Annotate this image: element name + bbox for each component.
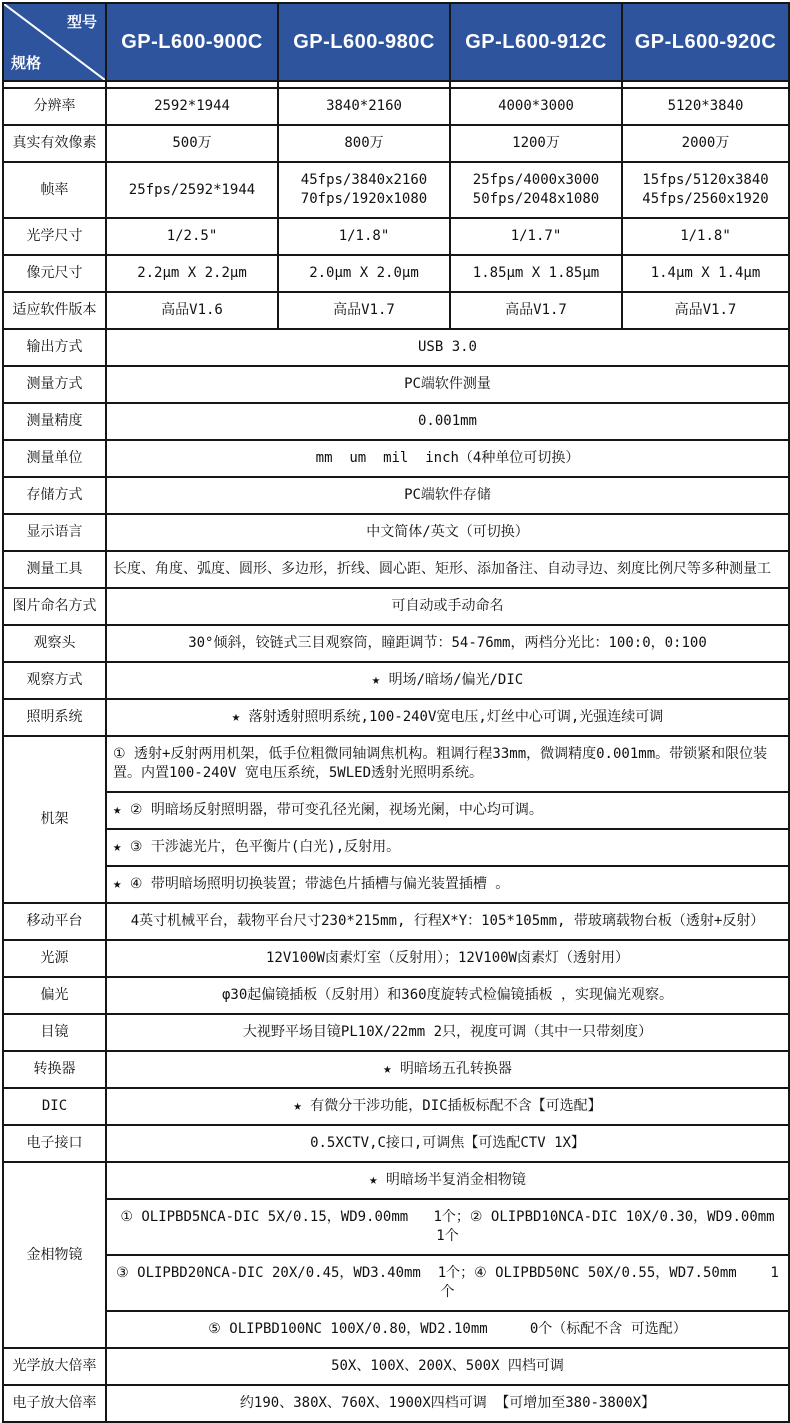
table-row: 分辨率2592*19443840*21604000*30005120*3840	[3, 88, 789, 125]
table-row: 移动平台4英寸机械平台，载物平台尺寸230*215mm, 行程X*Y：105*1…	[3, 903, 789, 940]
spec-value-line: 1/1.7"	[456, 227, 616, 246]
corner-label-model: 型号	[67, 11, 97, 32]
table-row: 适应软件版本高品V1.6高品V1.7高品V1.7高品V1.7	[3, 292, 789, 329]
spec-value: 1/1.8"	[622, 218, 789, 255]
spec-value: 可自动或手动命名	[106, 588, 789, 625]
spec-value: mm um mil inch（4种单位可切换）	[106, 440, 789, 477]
table-row: 测量精度0.001mm	[3, 403, 789, 440]
header-spacer-row	[3, 81, 789, 88]
spec-value: 1/1.8"	[278, 218, 450, 255]
spec-value: 50X、100X、200X、500X 四档可调	[106, 1348, 789, 1385]
spec-value-line: 1.4μm X 1.4μm	[628, 264, 783, 283]
spec-value: ★ 落射透射照明系统,100-240V宽电压,灯丝中心可调,光强连续可调	[106, 699, 789, 736]
spec-value-line: 1/2.5"	[112, 227, 272, 246]
table-row: 光学放大倍率50X、100X、200X、500X 四档可调	[3, 1348, 789, 1385]
spec-value: 4000*3000	[450, 88, 622, 125]
spec-rows: 分辨率2592*19443840*21604000*30005120*3840真…	[3, 88, 789, 1422]
spec-value-line: 2592*1944	[112, 97, 272, 116]
spec-value: φ30起偏镜插板（反射用）和360度旋转式检偏镜插板 ，实现偏光观察。	[106, 977, 789, 1014]
row-label: 电子接口	[3, 1125, 106, 1162]
spec-value: 0.5XCTV,C接口,可调焦【可选配CTV 1X】	[106, 1125, 789, 1162]
row-label: 图片命名方式	[3, 588, 106, 625]
table-row: 金相物镜★ 明暗场半复消金相物镜	[3, 1162, 789, 1199]
spec-value-line: 3840*2160	[284, 97, 444, 116]
row-label: 光学尺寸	[3, 218, 106, 255]
spec-value: 800万	[278, 125, 450, 162]
row-label: 偏光	[3, 977, 106, 1014]
spec-value: ① 透射+反射两用机架，低手位粗微同轴调焦机构。粗调行程33mm，微调精度0.0…	[106, 736, 789, 792]
spec-value-line: 1200万	[456, 134, 616, 153]
spec-value: 1/2.5"	[106, 218, 278, 255]
spec-value-line: 15fps/5120x3840	[628, 171, 783, 190]
spec-value-line: 高品V1.6	[112, 301, 272, 320]
spec-value-line: 70fps/1920x1080	[284, 190, 444, 209]
model-header: GP-L600-900C	[106, 3, 278, 81]
spec-value-line: 高品V1.7	[628, 301, 783, 320]
spec-value: 高品V1.6	[106, 292, 278, 329]
table-row: ★ ④ 带明暗场照明切换装置；带滤色片插槽与偏光装置插槽 。	[3, 866, 789, 903]
table-row: ① OLIPBD5NCA-DIC 5X/0.15，WD9.00mm 1个；② O…	[3, 1199, 789, 1255]
table-row: ⑤ OLIPBD100NC 100X/0.80，WD2.10mm 0个（标配不含…	[3, 1311, 789, 1348]
spec-value: PC端软件测量	[106, 366, 789, 403]
spec-value-line: 800万	[284, 134, 444, 153]
table-row: 真实有效像素500万800万1200万2000万	[3, 125, 789, 162]
table-row: 观察方式★ 明场/暗场/偏光/DIC	[3, 662, 789, 699]
row-label: 像元尺寸	[3, 255, 106, 292]
spec-value: 2.0μm X 2.0μm	[278, 255, 450, 292]
table-row: 图片命名方式可自动或手动命名	[3, 588, 789, 625]
spec-value-line: 1.85μm X 1.85μm	[456, 264, 616, 283]
spec-value: 12V100W卤素灯室（反射用）；12V100W卤素灯（透射用）	[106, 940, 789, 977]
spec-value: 高品V1.7	[622, 292, 789, 329]
table-row: 测量工具长度、角度、弧度、圆形、多边形，折线、圆心距、矩形、添加备注、自动寻边、…	[3, 551, 789, 588]
spec-value-line: 25fps/4000x3000	[456, 171, 616, 190]
spec-value-line: 4000*3000	[456, 97, 616, 116]
model-header: GP-L600-980C	[278, 3, 450, 81]
table-row: ③ OLIPBD20NCA-DIC 20X/0.45，WD3.40mm 1个；④…	[3, 1255, 789, 1311]
row-label: 适应软件版本	[3, 292, 106, 329]
row-label: 观察方式	[3, 662, 106, 699]
table-row: 测量方式PC端软件测量	[3, 366, 789, 403]
spec-value: ① OLIPBD5NCA-DIC 5X/0.15，WD9.00mm 1个；② O…	[106, 1199, 789, 1255]
corner-cell: 型号 规格	[3, 3, 106, 81]
row-label: 测量方式	[3, 366, 106, 403]
spec-value-line: 2000万	[628, 134, 783, 153]
spec-value: 5120*3840	[622, 88, 789, 125]
table-row: 照明系统★ 落射透射照明系统,100-240V宽电压,灯丝中心可调,光强连续可调	[3, 699, 789, 736]
table-row: 输出方式USB 3.0	[3, 329, 789, 366]
spec-value-line: 1/1.8"	[628, 227, 783, 246]
row-label: 移动平台	[3, 903, 106, 940]
spec-value: 1200万	[450, 125, 622, 162]
spec-value: ★ 有微分干涉功能，DIC插板标配不含【可选配】	[106, 1088, 789, 1125]
row-label: 测量单位	[3, 440, 106, 477]
spec-value-line: 1/1.8"	[284, 227, 444, 246]
spec-value: ★ 明暗场五孔转换器	[106, 1051, 789, 1088]
model-header: GP-L600-912C	[450, 3, 622, 81]
spec-value-line: 5120*3840	[628, 97, 783, 116]
spec-value: ★ ③ 干涉滤光片，色平衡片(白光),反射用。	[106, 829, 789, 866]
spec-value: ⑤ OLIPBD100NC 100X/0.80，WD2.10mm 0个（标配不含…	[106, 1311, 789, 1348]
spec-value: ★ ④ 带明暗场照明切换装置；带滤色片插槽与偏光装置插槽 。	[106, 866, 789, 903]
table-row: 偏光φ30起偏镜插板（反射用）和360度旋转式检偏镜插板 ，实现偏光观察。	[3, 977, 789, 1014]
header-row: 型号 规格 GP-L600-900C GP-L600-980C GP-L600-…	[3, 3, 789, 81]
row-label: 测量工具	[3, 551, 106, 588]
row-label: 机架	[3, 736, 106, 903]
row-label: 测量精度	[3, 403, 106, 440]
spec-value: USB 3.0	[106, 329, 789, 366]
spec-value: 2000万	[622, 125, 789, 162]
spec-value: 15fps/5120x384045fps/2560x1920	[622, 162, 789, 218]
spec-value-line: 500万	[112, 134, 272, 153]
table-row: 观察头30°倾斜，铰链式三目观察筒，瞳距调节：54-76mm，两档分光比：100…	[3, 625, 789, 662]
spec-value: ★ 明场/暗场/偏光/DIC	[106, 662, 789, 699]
row-label: 存储方式	[3, 477, 106, 514]
table-row: 存储方式PC端软件存储	[3, 477, 789, 514]
table-row: ★ ③ 干涉滤光片，色平衡片(白光),反射用。	[3, 829, 789, 866]
table-row: 光源12V100W卤素灯室（反射用）；12V100W卤素灯（透射用）	[3, 940, 789, 977]
spec-value: 2592*1944	[106, 88, 278, 125]
spec-value-line: 45fps/2560x1920	[628, 190, 783, 209]
corner-label-spec: 规格	[11, 52, 41, 73]
table-row: 像元尺寸2.2μm X 2.2μm2.0μm X 2.0μm1.85μm X 1…	[3, 255, 789, 292]
row-label: 真实有效像素	[3, 125, 106, 162]
row-label: 金相物镜	[3, 1162, 106, 1348]
spec-value: 高品V1.7	[278, 292, 450, 329]
spec-value: 4英寸机械平台，载物平台尺寸230*215mm, 行程X*Y：105*105mm…	[106, 903, 789, 940]
row-label: 光源	[3, 940, 106, 977]
table-row: 电子接口0.5XCTV,C接口,可调焦【可选配CTV 1X】	[3, 1125, 789, 1162]
row-label: 帧率	[3, 162, 106, 218]
row-label: 分辨率	[3, 88, 106, 125]
table-row: 光学尺寸1/2.5"1/1.8"1/1.7"1/1.8"	[3, 218, 789, 255]
spec-value: 1.4μm X 1.4μm	[622, 255, 789, 292]
table-row: 机架① 透射+反射两用机架，低手位粗微同轴调焦机构。粗调行程33mm，微调精度0…	[3, 736, 789, 792]
row-label: 光学放大倍率	[3, 1348, 106, 1385]
spec-value: PC端软件存储	[106, 477, 789, 514]
row-label: 转换器	[3, 1051, 106, 1088]
spec-value-line: 2.2μm X 2.2μm	[112, 264, 272, 283]
table-row: 目镜大视野平场目镜PL10X/22mm 2只，视度可调（其中一只带刻度）	[3, 1014, 789, 1051]
spec-value: 约190、380X、760X、1900X四档可调 【可增加至380-3800X】	[106, 1385, 789, 1422]
spec-table: 型号 规格 GP-L600-900C GP-L600-980C GP-L600-…	[2, 2, 790, 1423]
table-row: 电子放大倍率约190、380X、760X、1900X四档可调 【可增加至380-…	[3, 1385, 789, 1422]
row-label: 电子放大倍率	[3, 1385, 106, 1422]
spec-value: 大视野平场目镜PL10X/22mm 2只，视度可调（其中一只带刻度）	[106, 1014, 789, 1051]
spec-value-line: 2.0μm X 2.0μm	[284, 264, 444, 283]
spec-value: 中文简体/英文（可切换）	[106, 514, 789, 551]
spec-value: 500万	[106, 125, 278, 162]
row-label: 照明系统	[3, 699, 106, 736]
row-label: 显示语言	[3, 514, 106, 551]
spec-value: 25fps/4000x300050fps/2048x1080	[450, 162, 622, 218]
spec-value: 1.85μm X 1.85μm	[450, 255, 622, 292]
spec-value: 3840*2160	[278, 88, 450, 125]
spec-value: 0.001mm	[106, 403, 789, 440]
spec-value-line: 25fps/2592*1944	[112, 181, 272, 200]
spec-value: 30°倾斜，铰链式三目观察筒，瞳距调节：54-76mm，两档分光比：100:0，…	[106, 625, 789, 662]
model-header: GP-L600-920C	[622, 3, 789, 81]
table-row: 测量单位mm um mil inch（4种单位可切换）	[3, 440, 789, 477]
spec-value: 2.2μm X 2.2μm	[106, 255, 278, 292]
spec-value: ★ 明暗场半复消金相物镜	[106, 1162, 789, 1199]
table-row: ★ ② 明暗场反射照明器，带可变孔径光阑，视场光阑，中心均可调。	[3, 792, 789, 829]
spec-value: 高品V1.7	[450, 292, 622, 329]
table-row: 帧率25fps/2592*194445fps/3840x216070fps/19…	[3, 162, 789, 218]
spec-value: 长度、角度、弧度、圆形、多边形，折线、圆心距、矩形、添加备注、自动寻边、刻度比例…	[106, 551, 789, 588]
spec-value: 25fps/2592*1944	[106, 162, 278, 218]
spec-value-line: 45fps/3840x2160	[284, 171, 444, 190]
spec-value: 1/1.7"	[450, 218, 622, 255]
spec-value: ③ OLIPBD20NCA-DIC 20X/0.45，WD3.40mm 1个；④…	[106, 1255, 789, 1311]
table-row: DIC★ 有微分干涉功能，DIC插板标配不含【可选配】	[3, 1088, 789, 1125]
spec-sheet-page: 型号 规格 GP-L600-900C GP-L600-980C GP-L600-…	[0, 0, 790, 1374]
table-row: 显示语言中文简体/英文（可切换）	[3, 514, 789, 551]
spec-value: ★ ② 明暗场反射照明器，带可变孔径光阑，视场光阑，中心均可调。	[106, 792, 789, 829]
spec-value-line: 50fps/2048x1080	[456, 190, 616, 209]
spec-value-line: 高品V1.7	[456, 301, 616, 320]
row-label: DIC	[3, 1088, 106, 1125]
row-label: 目镜	[3, 1014, 106, 1051]
spec-value-line: 高品V1.7	[284, 301, 444, 320]
row-label: 输出方式	[3, 329, 106, 366]
table-row: 转换器★ 明暗场五孔转换器	[3, 1051, 789, 1088]
row-label: 观察头	[3, 625, 106, 662]
spec-value: 45fps/3840x216070fps/1920x1080	[278, 162, 450, 218]
